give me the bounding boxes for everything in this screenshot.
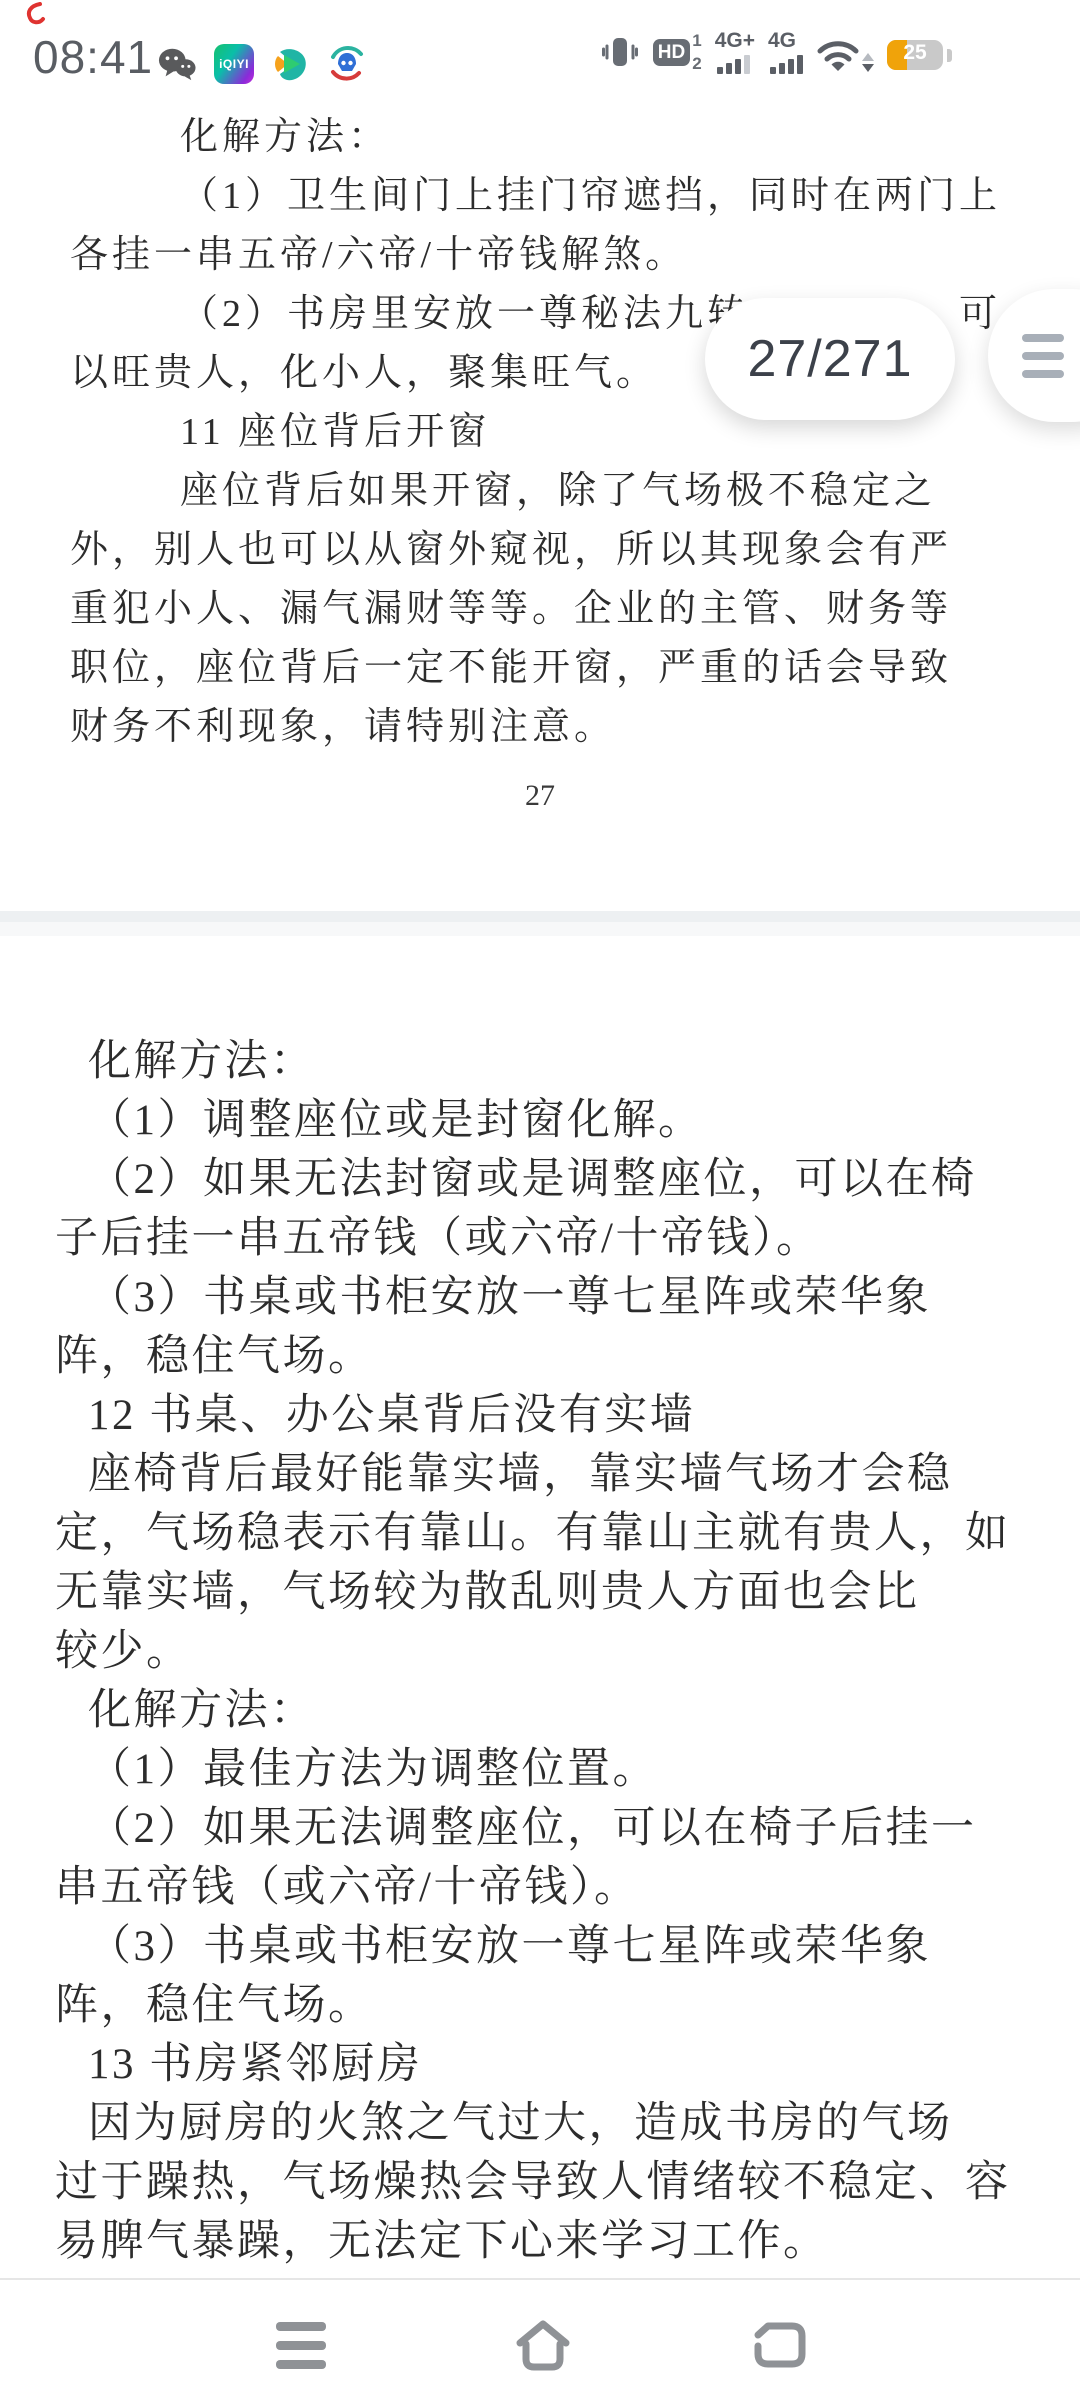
book-text-line: 阵，稳住气场。 (55, 1976, 1080, 2035)
book-text-line: （1）最佳方法为调整位置。 (55, 1740, 1080, 1799)
book-text-line: （1）调整座位或是封窗化解。 (55, 1091, 1080, 1150)
wechat-icon (158, 45, 196, 83)
book-text-line: 子后挂一串五帝钱（或六帝/十帝钱）。 (55, 1209, 1080, 1268)
book-text-line: 重犯小人、漏气漏财等等。企业的主管、财务等 (70, 580, 1080, 639)
recents-button[interactable] (221, 2280, 381, 2408)
book-text-line: 12 书桌、办公桌背后没有实墙 (55, 1386, 1080, 1445)
hd-sim2: 2 (692, 55, 701, 72)
book-text-line: 化解方法： (70, 108, 1080, 167)
sim2-signal: 4G (768, 30, 803, 74)
phone-screen: 08:41 iQIYI (0, 0, 1080, 2408)
book-text-line: 座椅背后最好能靠实墙，靠实墙气场才会稳 (55, 1445, 1080, 1504)
status-indicators: HD 1 2 4G+ 4G (600, 30, 952, 74)
book-text-line: 定，气场稳表示有靠山。有靠山主就有贵人，如 (55, 1504, 1080, 1563)
back-button[interactable] (700, 2280, 860, 2408)
iqiyi-icon: iQIYI (214, 44, 254, 84)
volte-hd-icon: HD 1 2 (653, 30, 702, 74)
book-text-line: 过于躁热，气场燥热会导致人情绪较不稳定、容 (55, 2153, 1080, 2212)
wifi-traffic-arrows (862, 53, 874, 72)
sim1-signal: 4G+ (715, 30, 755, 74)
book-page-27[interactable]: 化解方法：（1）卫生间门上挂门帘遮挡，同时在两门上各挂一串五帝/六帝/十帝钱解煞… (0, 108, 1080, 825)
book-text-line: 阵，稳住气场。 (55, 1327, 1080, 1386)
book-text-line: 职位，座位背后一定不能开窗，严重的话会导致 (70, 639, 1080, 698)
status-bar: 08:41 iQIYI (0, 0, 1080, 96)
book-text-line: 化解方法： (55, 1681, 1080, 1740)
page-edge-shadow (0, 922, 1080, 936)
recents-icon (276, 2322, 326, 2369)
book-text-line: 13 书房紧邻厨房 (55, 2035, 1080, 2094)
tencent-video-icon (272, 45, 310, 83)
sim2-signal-bars (770, 54, 803, 74)
status-time: 08:41 (33, 30, 153, 84)
back-icon (752, 2320, 808, 2370)
book-page-28[interactable]: 化解方法：（1）调整座位或是封窗化解。（2）如果无法封窗或是调整座位，可以在椅子… (0, 1032, 1080, 2271)
notification-app-icons: iQIYI (158, 44, 366, 84)
book-text-line: 座位背后如果开窗，除了气场极不稳定之 (70, 462, 1080, 521)
book-text-line: （2）如果无法调整座位，可以在椅子后挂一 (55, 1799, 1080, 1858)
book-text-line: 串五帝钱（或六帝/十帝钱）。 (55, 1858, 1080, 1917)
battery-nub (947, 49, 952, 62)
book-text-line: （3）书桌或书柜安放一尊七星阵或荣华象 (55, 1268, 1080, 1327)
home-icon (512, 2317, 574, 2373)
page-separator (0, 911, 1080, 922)
page-indicator-text: 27/271 (747, 329, 912, 389)
page-indicator-pill[interactable]: 27/271 (705, 298, 955, 420)
android-nav-bar (0, 2278, 1080, 2408)
vibrate-icon (600, 30, 640, 74)
hd-sim1: 1 (692, 32, 701, 49)
battery-icon: 25 (887, 40, 943, 70)
battery-percent: 25 (887, 41, 943, 65)
railway-12306-icon (328, 45, 366, 83)
sim1-signal-bars (717, 54, 750, 74)
menu-icon (1022, 334, 1064, 342)
home-button[interactable] (463, 2280, 623, 2408)
book-text-line: 11 座位背后开窗 (70, 403, 1080, 462)
book-text-line: 财务不利现象，请特别注意。 (70, 698, 1080, 757)
book-text-line: 易脾气暴躁，无法定下心来学习工作。 (55, 2212, 1080, 2271)
book-text-line: 化解方法： (55, 1032, 1080, 1091)
book-text-line: （2）如果无法封窗或是调整座位，可以在椅 (55, 1150, 1080, 1209)
wifi-icon (816, 30, 874, 74)
book-text-line: 外，别人也可以从窗外窥视，所以其现象会有严 (70, 521, 1080, 580)
corner-red-mark (24, 2, 46, 26)
book-text-line: （3）书桌或书柜安放一尊七星阵或荣华象 (55, 1917, 1080, 1976)
book-text-line: （1）卫生间门上挂门帘遮挡，同时在两门上 (70, 167, 1080, 226)
book-text-line: 无靠实墙，气场较为散乱则贵人方面也会比 (55, 1563, 1080, 1622)
book-page-number: 27 (70, 766, 1010, 825)
book-text-line: 较少。 (55, 1622, 1080, 1681)
book-text-line: 因为厨房的火煞之气过大，造成书房的气场 (55, 2094, 1080, 2153)
book-text-line: 各挂一串五帝/六帝/十帝钱解煞。 (70, 226, 1080, 285)
iqiyi-label: iQIYI (219, 57, 249, 71)
